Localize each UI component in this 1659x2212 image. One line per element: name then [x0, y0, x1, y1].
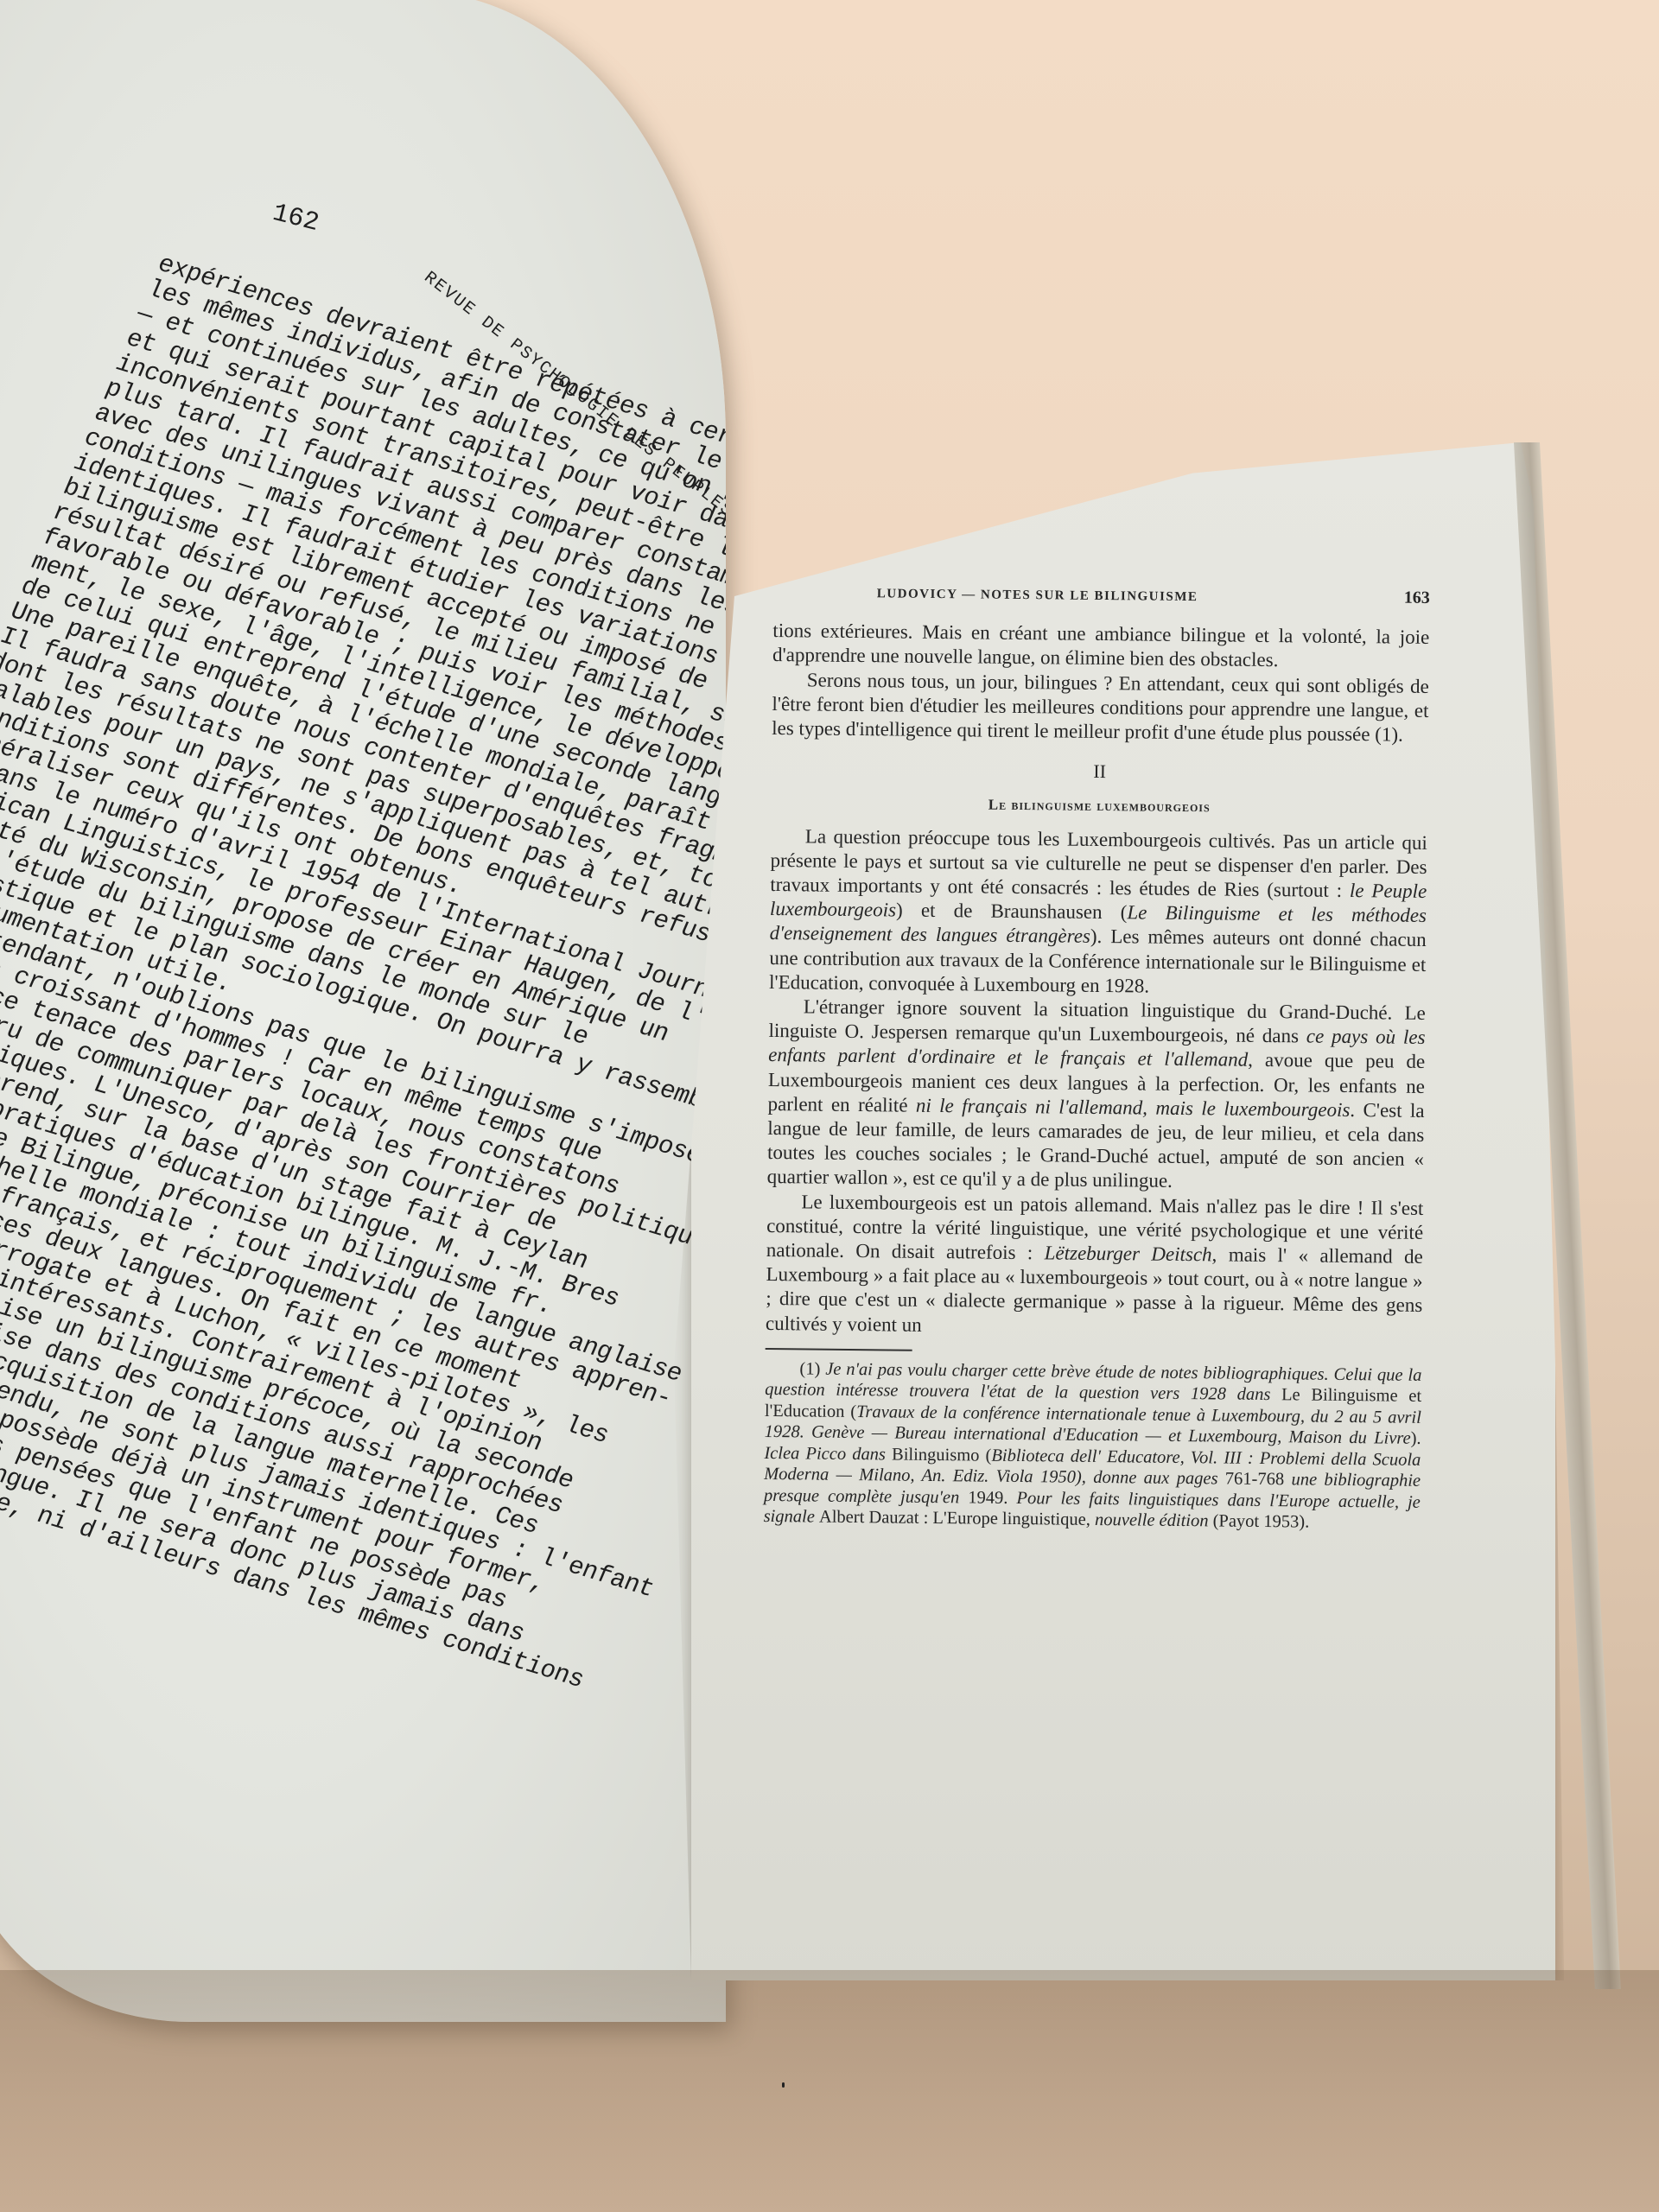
paragraph-continuation: tions extérieures. Mais en créant une am… [772, 619, 1430, 674]
paragraph-la-question: La question préoccupe tous les Luxembour… [769, 824, 1427, 1001]
table-shadow [0, 1970, 1659, 2212]
text-run: 1949. [968, 1488, 1016, 1508]
text-run: 761-768 [1225, 1470, 1292, 1490]
text-run: Bilinguismo ( [892, 1445, 992, 1465]
italic-run: ni le français ni l'allemand, mais le lu… [916, 1095, 1351, 1121]
dust-speck [782, 2082, 785, 2088]
text-run: (1) [799, 1359, 825, 1378]
right-page-number: 163 [1404, 586, 1430, 611]
section-title: Le bilinguisme luxembourgeois [771, 791, 1427, 822]
left-page: 162 Revue de psychologie des peuples exp… [0, 0, 726, 2022]
paragraph-serons-nous: Serons nous tous, un jour, bilingues ? E… [772, 668, 1429, 748]
italic-run: Lëtzeburger Deitsch [1045, 1242, 1212, 1265]
italic-run: Travaux de la conférence internationale … [765, 1402, 1421, 1448]
section-numeral: II [772, 756, 1428, 787]
text-run: (Payot 1953). [1213, 1512, 1310, 1532]
open-book-photo: 162 Revue de psychologie des peuples exp… [0, 0, 1659, 2212]
italic-run: Iclea Picco dans [764, 1444, 892, 1465]
paragraph-le-luxembourgeois: Le luxembourgeois est un patois allemand… [766, 1190, 1424, 1343]
text-run: ). [1411, 1429, 1421, 1448]
footnote-1: (1) Je n'ai pas voulu charger cette brèv… [764, 1358, 1422, 1535]
right-running-head: Ludovicy — Notes sur le bilinguisme [877, 582, 1198, 609]
paragraph-l-etranger: L'étranger ignore souvent la situation l… [767, 995, 1426, 1197]
text-run: Albert Dauzat : L'Europe linguistique, [819, 1508, 1095, 1529]
left-page-body: expériences devraient être répétées à ce… [0, 251, 660, 1567]
right-page-content: Ludovicy — Notes sur le bilinguisme 163 … [764, 579, 1430, 1535]
text-run: ) et de Braunshausen ( [896, 899, 1128, 924]
footnote-divider [766, 1348, 912, 1351]
left-page-number: 162 [270, 199, 322, 238]
italic-run: nouvelle édition [1095, 1510, 1213, 1530]
text-run: La question préoccupe tous les Luxembour… [770, 825, 1427, 901]
